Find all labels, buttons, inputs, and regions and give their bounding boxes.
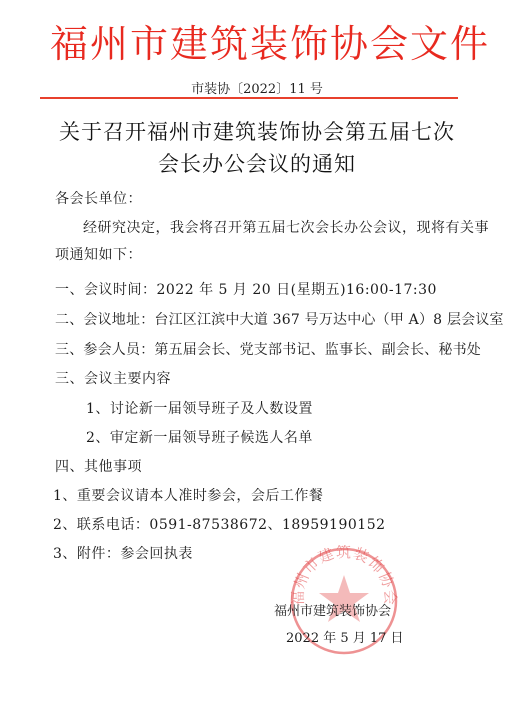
intro-line-2: 项通知如下： (55, 244, 142, 264)
other-item-3: 3、附件：参会回执表 (53, 543, 193, 563)
salutation: 各会长单位： (55, 188, 142, 208)
other-heading: 四、其他事项 (55, 456, 142, 476)
notice-title-line-1: 关于召开福州市建筑装饰协会第五届七次 (0, 116, 514, 146)
item-meeting-address: 二、会议地址：台江区江滨中大道 367 号万达中心（甲 A）8 层会议室 (55, 309, 504, 329)
item-meeting-time: 一、会议时间：2022 年 5 月 20 日(星期五)16:00-17:30 (55, 279, 437, 299)
agenda-item-1: 1、讨论新一届领导班子及人数设置 (86, 398, 313, 418)
document-header-title: 福州市建筑装饰协会文件 (50, 22, 450, 66)
other-item-2: 2、联系电话：0591-87538672、18959190152 (53, 514, 386, 534)
item-attendees: 三、参会人员：第五届会长、党支部书记、监事长、副会长、秘书处 (55, 339, 481, 359)
signature-date: 2022 年 5 月 17 日 (286, 627, 404, 646)
intro-line-1: 经研究决定，我会将召开第五届七次会长办公会议，现将有关事 (83, 217, 489, 237)
notice-title-line-2: 会长办公会议的通知 (0, 148, 514, 178)
other-item-1: 1、重要会议请本人准时参会，会后工作餐 (53, 485, 323, 505)
agenda-item-2: 2、审定新一届领导班子候选人名单 (86, 427, 313, 447)
header-divider (40, 97, 458, 99)
document-number: 市装协〔2022〕11 号 (0, 78, 514, 97)
signature-org: 福州市建筑装饰协会 (274, 600, 391, 619)
item-agenda-heading: 三、会议主要内容 (55, 368, 171, 388)
